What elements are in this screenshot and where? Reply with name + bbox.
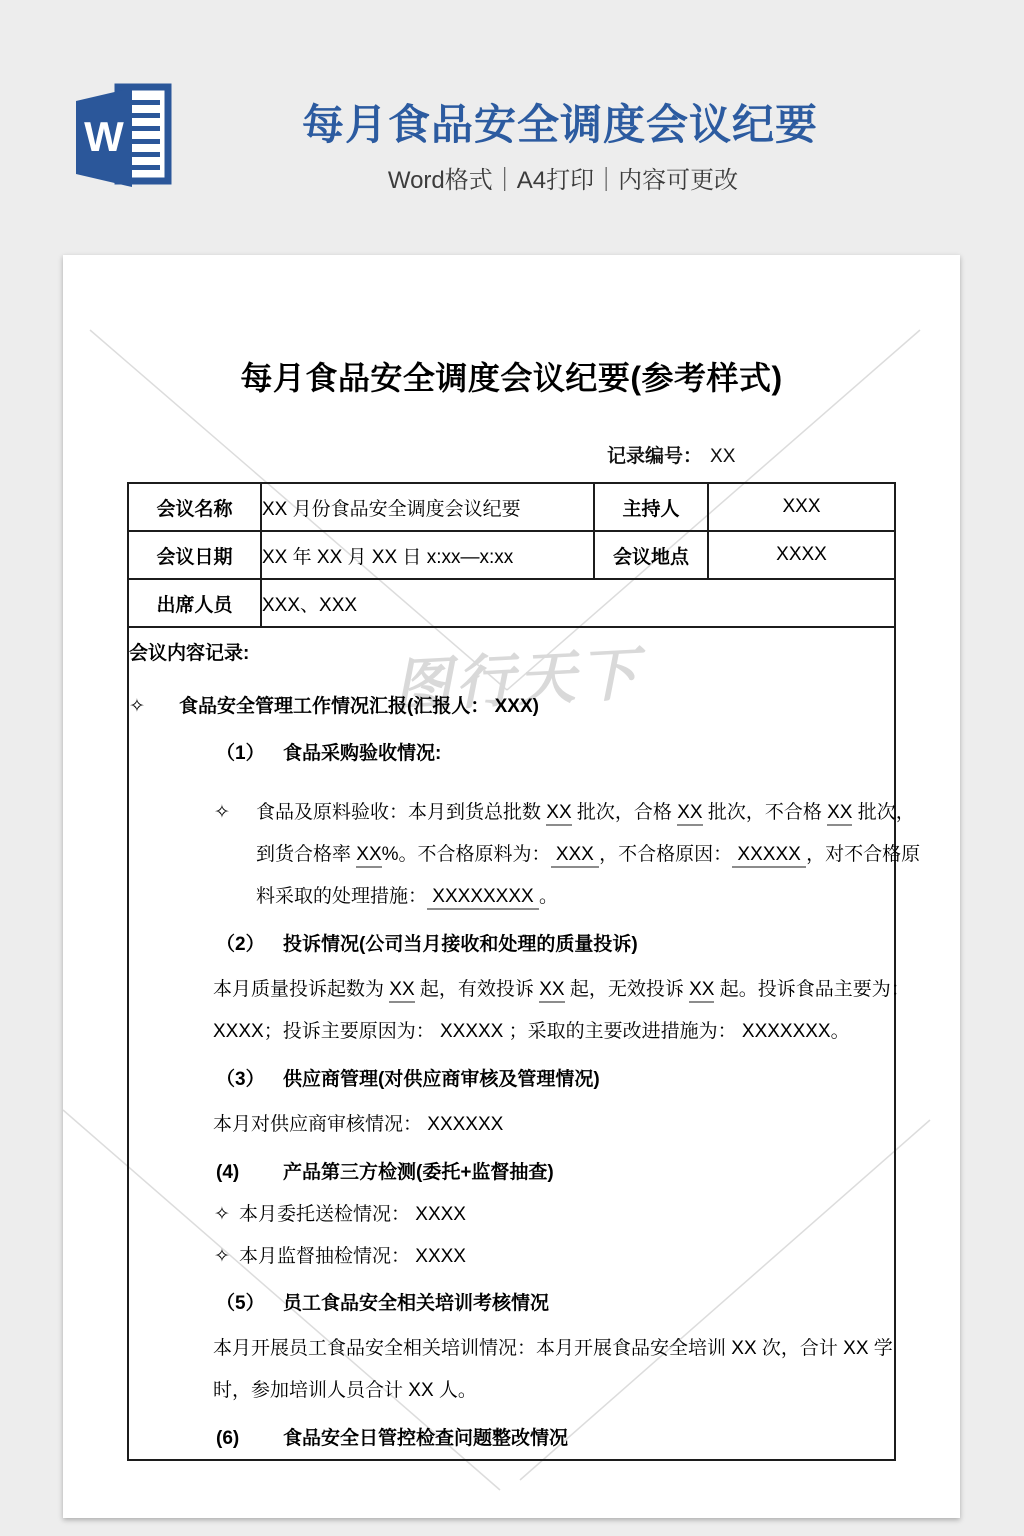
host-label: 主持人 xyxy=(594,483,708,531)
paragraph-line: 到货合格率 XX%。不合格原料为： XXX ，不合格原因： XXXXX ，对不合… xyxy=(256,834,894,876)
page-subtitle: Word格式｜A4打印｜内容可更改 xyxy=(388,160,738,195)
paragraph-line: 时，参加培训人员合计 XX 人。 xyxy=(213,1370,894,1412)
supervision-sampling-item: ✧本月监督抽检情况： XXXX xyxy=(129,1237,894,1277)
complaints-paragraph: 本月质量投诉起数为 XX 起，有效投诉 XX 起，无效投诉 XX 起。投诉食品主… xyxy=(129,969,894,1053)
section-title: 员工食品安全相关培训考核情况 xyxy=(283,1293,549,1314)
content-section-label: 会议内容记录: xyxy=(129,634,894,674)
meeting-date-label: 会议日期 xyxy=(128,531,261,579)
list-item-text: 本月委托送检情况： XXXX xyxy=(239,1204,466,1225)
entrusted-inspection-item: ✧本月委托送检情况： XXXX xyxy=(129,1195,894,1235)
section-title: 食品安全日管控检查问题整改情况 xyxy=(283,1428,568,1449)
supplier-paragraph: 本月对供应商审核情况： XXXXXX xyxy=(129,1104,894,1146)
section-number: （2） xyxy=(216,925,283,965)
table-row: 会议名称 XX 月份食品安全调度会议纪要 主持人 XXX xyxy=(128,483,895,531)
diamond-bullet-icon: ✧ xyxy=(214,1195,239,1235)
section-title: 供应商管理(对供应商审核及管理情况) xyxy=(283,1069,600,1090)
section-2-heading: （2）投诉情况(公司当月接收和处理的质量投诉) xyxy=(129,925,894,965)
meeting-content-cell: 会议内容记录: ✧食品安全管理工作情况汇报(汇报人： XXX) （1）食品采购验… xyxy=(128,627,895,1460)
diamond-bullet-icon: ✧ xyxy=(129,687,179,727)
list-item-text: 本月监督抽检情况： XXXX xyxy=(239,1246,466,1267)
page-title: 每月食品安全调度会议纪要 xyxy=(302,92,818,152)
diamond-bullet-icon: ✧ xyxy=(214,792,230,834)
record-number: 记录编号：XX xyxy=(607,441,735,468)
meeting-date-value: XX 年 XX 月 XX 日 x:xx—x:xx xyxy=(261,531,594,579)
paragraph-line: XXXX；投诉主要原因为： XXXXX ；采取的主要改进措施为： XXXXXXX… xyxy=(213,1011,894,1053)
table-row: 出席人员 XXX、XXX xyxy=(128,579,895,627)
section-title: 投诉情况(公司当月接收和处理的质量投诉) xyxy=(283,934,638,955)
meeting-info-table: 会议名称 XX 月份食品安全调度会议纪要 主持人 XXX 会议日期 XX 年 X… xyxy=(127,482,896,1461)
table-row: 会议日期 XX 年 XX 月 XX 日 x:xx—x:xx 会议地点 XXXX xyxy=(128,531,895,579)
paragraph-line: 本月质量投诉起数为 XX 起，有效投诉 XX 起，无效投诉 XX 起。投诉食品主… xyxy=(213,969,894,1011)
acceptance-paragraph: ✧ 食品及原料验收：本月到货总批数 XX 批次，合格 XX 批次，不合格 XX … xyxy=(129,792,894,918)
section-number: （5） xyxy=(216,1284,283,1324)
location-label: 会议地点 xyxy=(594,531,708,579)
meeting-name-value: XX 月份食品安全调度会议纪要 xyxy=(261,483,594,531)
report-heading: ✧食品安全管理工作情况汇报(汇报人： XXX) xyxy=(129,687,894,727)
paragraph-line: 食品及原料验收：本月到货总批数 XX 批次，合格 XX 批次，不合格 XX 批次… xyxy=(256,792,894,834)
section-6-heading: (6)食品安全日管控检查问题整改情况 xyxy=(129,1419,894,1459)
paragraph-line: 本月对供应商审核情况： XXXXXX xyxy=(213,1104,894,1146)
table-row: 会议内容记录: ✧食品安全管理工作情况汇报(汇报人： XXX) （1）食品采购验… xyxy=(128,627,895,1460)
section-number: (4) xyxy=(216,1153,283,1193)
record-number-label: 记录编号： xyxy=(607,446,702,467)
host-value: XXX xyxy=(708,483,895,531)
attendees-label: 出席人员 xyxy=(128,579,261,627)
section-number: （3） xyxy=(216,1060,283,1100)
document-page: 图行天下 每月食品安全调度会议纪要(参考样式) 记录编号：XX 会议名称 XX … xyxy=(63,255,960,1518)
location-value: XXXX xyxy=(708,531,895,579)
record-number-value: XX xyxy=(710,446,735,467)
document-title: 每月食品安全调度会议纪要(参考样式) xyxy=(240,353,782,399)
training-paragraph: 本月开展员工食品安全相关培训情况：本月开展食品安全培训 XX 次，合计 XX 学… xyxy=(129,1328,894,1412)
section-title: 食品采购验收情况: xyxy=(283,743,441,764)
section-number: (6) xyxy=(216,1419,283,1459)
diamond-bullet-icon: ✧ xyxy=(214,1237,239,1277)
paragraph-line: 料采取的处理措施： XXXXXXXX 。 xyxy=(256,876,894,918)
section-3-heading: （3）供应商管理(对供应商审核及管理情况) xyxy=(129,1060,894,1100)
paragraph-line: 本月开展员工食品安全相关培训情况：本月开展食品安全培训 XX 次，合计 XX 学 xyxy=(213,1328,894,1370)
word-logo-icon: W xyxy=(62,74,174,196)
meeting-name-label: 会议名称 xyxy=(128,483,261,531)
section-4-heading: (4)产品第三方检测(委托+监督抽查) xyxy=(129,1153,894,1193)
report-heading-text: 食品安全管理工作情况汇报(汇报人： XXX) xyxy=(179,696,539,717)
word-icon-letter: W xyxy=(84,113,124,160)
section-5-heading: （5）员工食品安全相关培训考核情况 xyxy=(129,1284,894,1324)
section-number: （1） xyxy=(216,734,283,774)
attendees-value: XXX、XXX xyxy=(261,579,895,627)
section-1-heading: （1）食品采购验收情况: xyxy=(129,734,894,774)
template-preview-page: W 每月食品安全调度会议纪要 Word格式｜A4打印｜内容可更改 图行天下 每月… xyxy=(0,0,1024,1536)
section-title: 产品第三方检测(委托+监督抽查) xyxy=(283,1162,554,1183)
